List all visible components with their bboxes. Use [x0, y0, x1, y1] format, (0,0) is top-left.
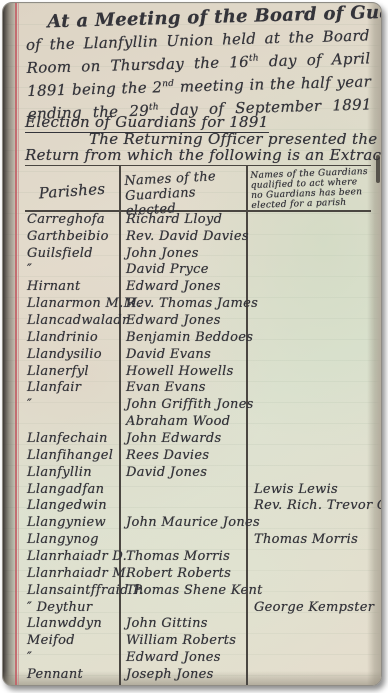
- elected-guardian-cell: Joseph Jones: [119, 667, 246, 682]
- parish-cell: Llangadfan: [25, 482, 119, 497]
- elected-guardian-cell: Thomas Shene Kent: [119, 583, 246, 598]
- table-row: Llanfyllin David Jones: [25, 464, 382, 481]
- parish-cell: Llangynog: [25, 532, 119, 547]
- table-row: ″ John Griffith Jones: [25, 396, 382, 413]
- scanned-page: At a Meeting of the Board of Guardians o…: [2, 2, 382, 686]
- elected-guardian-cell: David Evans: [119, 347, 246, 362]
- table-header-row: Parishes Names of the Guardians elected …: [25, 166, 371, 210]
- elected-guardian-cell: Benjamin Beddoes: [119, 330, 246, 345]
- parish-cell: Llanrhaiadr M.: [25, 566, 119, 581]
- elected-guardian-cell: John Edwards: [119, 431, 246, 446]
- parish-cell: Llanfair: [25, 380, 119, 395]
- elected-guardian-cell: Howell Howells: [119, 364, 246, 379]
- heading-text-segment: day of April: [259, 49, 371, 70]
- table-row: Garthbeibio Rev. David Davies: [25, 228, 382, 245]
- parish-cell: Llanrhaiadr D.: [25, 549, 119, 564]
- qualified-guardian-cell: Rev. Rich. Trevor Owen: [246, 498, 382, 513]
- table-row: Llangynog Thomas Morris: [25, 531, 382, 548]
- parish-cell: Llanerfyl: [25, 364, 119, 379]
- elected-guardian-cell: Richard Lloyd: [119, 212, 246, 227]
- elected-guardian-cell: Robert Roberts: [119, 566, 246, 581]
- table-row: Abraham Wood: [25, 413, 382, 430]
- parish-cell: Llangedwin: [25, 498, 119, 513]
- meeting-heading: At a Meeting of the Board of Guardians o…: [25, 2, 372, 124]
- table-row: Meifod William Roberts: [25, 632, 382, 649]
- parish-cell: ″ Deythur: [25, 600, 119, 615]
- table-row: Llangedwin Rev. Rich. Trevor Owen: [25, 498, 382, 515]
- elected-guardian-cell: Edward Jones: [119, 313, 246, 328]
- parish-cell: Garthbeibio: [25, 229, 119, 244]
- table-row: Llanerfyl Howell Howells: [25, 363, 382, 380]
- table-row: Llangadfan Lewis Lewis: [25, 481, 382, 498]
- table-row: Pennant Joseph Jones: [25, 666, 382, 683]
- parish-cell: Llanfyllin: [25, 465, 119, 480]
- table-row: ″ Deythur George Kempster: [25, 599, 382, 616]
- ordinal-suffix: th: [149, 102, 159, 112]
- table-row: Guilsfield John Jones: [25, 245, 382, 262]
- parish-cell: Llangyniew: [25, 515, 119, 530]
- table-row: Llansaintffraid P. Thomas Shene Kent: [25, 582, 382, 599]
- parish-cell: Meifod: [25, 633, 119, 648]
- table-row: Llancadwaladr Edward Jones: [25, 312, 382, 329]
- table-row: Llanarmon M.M. Rev. Thomas James: [25, 295, 382, 312]
- table-row: Llanwddyn John Gittins: [25, 616, 382, 633]
- table-row: Llanfechain John Edwards: [25, 430, 382, 447]
- parish-cell: Llanarmon M.M.: [25, 296, 119, 311]
- qualified-guardian-cell: Thomas Morris: [246, 532, 382, 547]
- table-rows: Carreghofa Richard Lloyd Garthbeibio Rev…: [25, 211, 371, 683]
- elected-guardian-cell: John Maurice Jones: [119, 515, 246, 530]
- parish-cell: Llanwddyn: [25, 616, 119, 631]
- heading-text-segment: 1891 being the 2: [27, 78, 163, 100]
- table-row: Llangyniew John Maurice Jones: [25, 514, 382, 531]
- guardians-table: Parishes Names of the Guardians elected …: [25, 165, 371, 685]
- elected-guardian-cell: Edward Jones: [119, 650, 246, 665]
- page-content: At a Meeting of the Board of Guardians o…: [25, 9, 371, 685]
- elected-guardian-cell: John Jones: [119, 246, 246, 261]
- parish-cell: Hirnant: [25, 279, 119, 294]
- elected-guardian-cell: Abraham Wood: [119, 414, 246, 429]
- parish-cell: Llancadwaladr: [25, 313, 119, 328]
- elected-guardian-cell: Rev. David Davies: [119, 229, 246, 244]
- parish-cell: ″: [25, 397, 119, 412]
- elected-guardian-cell: Evan Evans: [119, 380, 246, 395]
- elected-guardian-cell: Edward Jones: [119, 279, 246, 294]
- table-row: Llanfihangel Rees Davies: [25, 447, 382, 464]
- elected-guardian-cell: Thomas Morris: [119, 549, 246, 564]
- parish-cell: Llandysilio: [25, 347, 119, 362]
- elected-guardian-cell: Rev. Thomas James: [119, 296, 246, 311]
- table-row: ″ Edward Jones: [25, 649, 382, 666]
- parish-cell: ″: [25, 262, 119, 277]
- table-row: Llanrhaiadr M. Robert Roberts: [25, 565, 382, 582]
- qualified-guardian-cell: Lewis Lewis: [246, 482, 382, 497]
- parish-cell: Llandrinio: [25, 330, 119, 345]
- parish-cell: Llanfechain: [25, 431, 119, 446]
- table-row: ″ David Pryce: [25, 262, 382, 279]
- parish-cell: Llansaintffraid P.: [25, 583, 119, 598]
- parish-cell: Carreghofa: [25, 212, 119, 227]
- table-row: Llandysilio David Evans: [25, 346, 382, 363]
- table-row: Llanrhaiadr D. Thomas Morris: [25, 548, 382, 565]
- elected-guardian-cell: David Jones: [119, 465, 246, 480]
- intro-line-2: Return from which the following is an Ex…: [25, 146, 341, 164]
- elected-guardian-cell: David Pryce: [119, 262, 246, 277]
- elected-guardian-cell: John Griffith Jones: [119, 397, 246, 412]
- red-margin-line: [15, 3, 19, 685]
- elected-guardian-cell: John Gittins: [119, 616, 246, 631]
- parish-cell: Pennant: [25, 667, 119, 682]
- elected-guardian-cell: William Roberts: [119, 633, 246, 648]
- table-row: Hirnant Edward Jones: [25, 278, 382, 295]
- qualified-guardian-cell: George Kempster: [246, 600, 382, 615]
- parish-cell: Guilsfield: [25, 246, 119, 261]
- parish-cell: ″: [25, 650, 119, 665]
- ordinal-suffix: nd: [162, 79, 174, 89]
- table-row: Llanfair Evan Evans: [25, 380, 382, 397]
- table-row: Carreghofa Richard Lloyd: [25, 211, 382, 228]
- table-row: Llandrinio Benjamin Beddoes: [25, 329, 382, 346]
- parish-cell: Llanfihangel: [25, 448, 119, 463]
- elected-guardian-cell: Rees Davies: [119, 448, 246, 463]
